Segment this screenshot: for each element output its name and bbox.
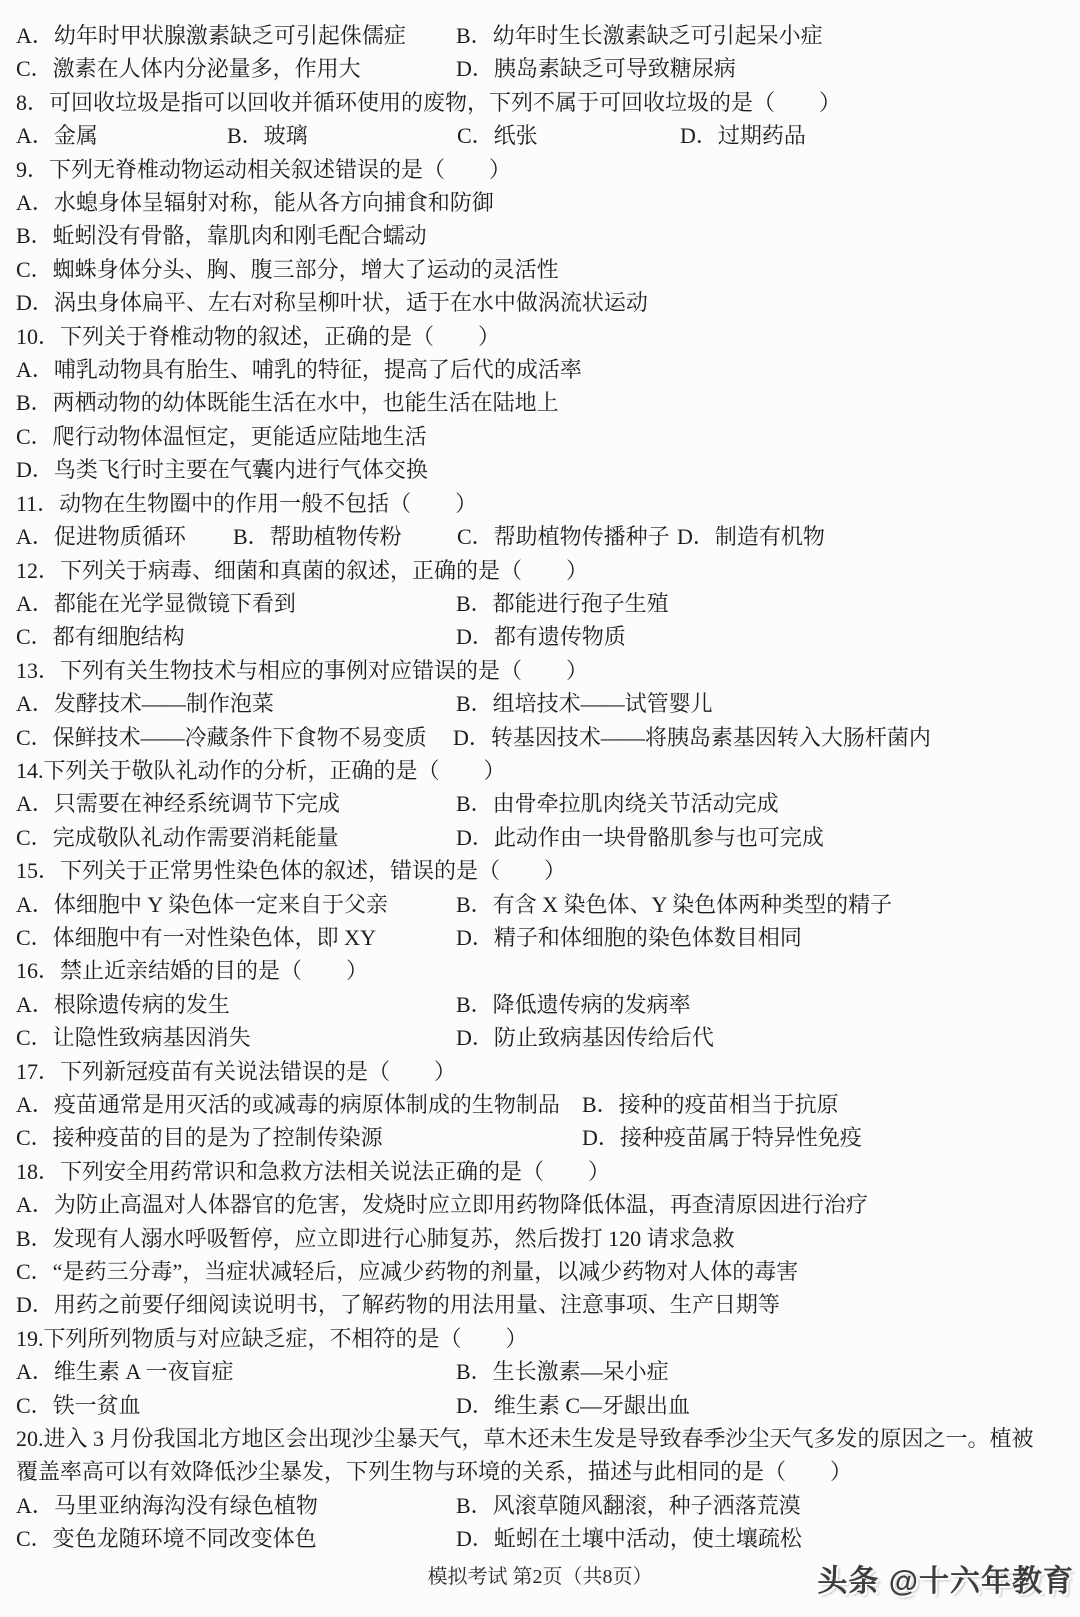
text-line: C．变色龙随环境不同改变体色D．蚯蚓在土壤中活动，使土壤疏松	[0, 1522, 1080, 1555]
text-line: 18．下列安全用药常识和急救方法相关说法正确的是（ ）	[0, 1155, 1080, 1188]
text-line: 8．可回收垃圾是指可以回收并循环使用的废物，下列不属于可回收垃圾的是（ ）	[0, 86, 1080, 119]
option-b: B．有含 X 染色体、Y 染色体两种类型的精子	[456, 888, 892, 921]
text-line: A．根除遗传病的发生B．降低遗传病的发病率	[0, 988, 1080, 1021]
text-line: A．水螅身体呈辐射对称，能从各方向捕食和防御	[0, 186, 1080, 219]
text-line: A．体细胞中 Y 染色体一定来自于父亲B．有含 X 染色体、Y 染色体两种类型的…	[0, 888, 1080, 921]
text-line: A．促进物质循环B．帮助植物传粉C．帮助植物传播种子D．制造有机物	[0, 520, 1080, 553]
option-a: A．维生素 A 一夜盲症	[16, 1355, 234, 1388]
question-stem: 8．可回收垃圾是指可以回收并循环使用的废物，下列不属于可回收垃圾的是（ ）	[16, 86, 841, 119]
option-d: D．涡虫身体扁平、左右对称呈柳叶状，适于在水中做涡流状运动	[16, 286, 648, 319]
text-line: 10．下列关于脊椎动物的叙述，正确的是（ ）	[0, 320, 1080, 353]
option-b: B．由骨牵拉肌肉绕关节活动完成	[456, 787, 779, 820]
watermark: 头条 @十六年教育	[817, 1556, 1074, 1600]
text-line: C．爬行动物体温恒定，更能适应陆地生活	[0, 420, 1080, 453]
option-b: B．生长激素—呆小症	[456, 1355, 669, 1388]
text-line: 19.下列所列物质与对应缺乏症，不相符的是（ ）	[0, 1322, 1080, 1355]
option-b: B．都能进行孢子生殖	[456, 587, 669, 620]
option-d: D．维生素 C—牙龈出血	[456, 1389, 690, 1422]
text-line: C．“是药三分毒”，当症状减轻后，应减少药物的剂量，以减少药物对人体的毒害	[0, 1255, 1080, 1288]
text-line: 覆盖率高可以有效降低沙尘暴发，下列生物与环境的关系，描述与此相同的是（ ）	[0, 1455, 1080, 1488]
option-b: B．帮助植物传粉	[233, 520, 402, 553]
text-line: C．都有细胞结构D．都有遗传物质	[0, 620, 1080, 653]
option-b: B．组培技术——试管婴儿	[456, 687, 713, 720]
option-c: C．蜘蛛身体分头、胸、腹三部分，增大了运动的灵活性	[16, 253, 559, 286]
question-stem: 19.下列所列物质与对应缺乏症，不相符的是（ ）	[16, 1322, 528, 1355]
question-stem: 13．下列有关生物技术与相应的事例对应错误的是（ ）	[16, 654, 588, 687]
option-c: C．纸张	[457, 119, 538, 152]
option-b: B．玻璃	[227, 119, 308, 152]
text-line: A．为防止高温对人体器官的危害，发烧时应立即用药物降低体温，再查清原因进行治疗	[0, 1188, 1080, 1221]
option-d: D．此动作由一块骨骼肌参与也可完成	[456, 821, 824, 854]
option-b: B．接种的疫苗相当于抗原	[582, 1088, 839, 1121]
option-a: A．都能在光学显微镜下看到	[16, 587, 296, 620]
text-line: A．只需要在神经系统调节下完成B．由骨牵拉肌肉绕关节活动完成	[0, 787, 1080, 820]
text-line: 16．禁止近亲结婚的目的是（ ）	[0, 954, 1080, 987]
option-d: D．精子和体细胞的染色体数目相同	[456, 921, 802, 954]
option-b: B．降低遗传病的发病率	[456, 988, 691, 1021]
question-stem: 15．下列关于正常男性染色体的叙述，错误的是（ ）	[16, 854, 566, 887]
option-a: A．体细胞中 Y 染色体一定来自于父亲	[16, 888, 388, 921]
question-stem: 17．下列新冠疫苗有关说法错误的是（ ）	[16, 1055, 456, 1088]
option-d: D．胰岛素缺乏可导致糖尿病	[456, 52, 736, 85]
option-a: A．为防止高温对人体器官的危害，发烧时应立即用药物降低体温，再查清原因进行治疗	[16, 1188, 868, 1221]
text-line: C．让隐性致病基因消失D．防止致病基因传给后代	[0, 1021, 1080, 1054]
text-line: 17．下列新冠疫苗有关说法错误的是（ ）	[0, 1055, 1080, 1088]
text-line: 11．动物在生物圈中的作用一般不包括（ ）	[0, 487, 1080, 520]
option-d: D．都有遗传物质	[456, 620, 626, 653]
option-a: A．马里亚纳海沟没有绿色植物	[16, 1489, 318, 1522]
question-stem: 18．下列安全用药常识和急救方法相关说法正确的是（ ）	[16, 1155, 610, 1188]
option-d: D．接种疫苗属于特异性免疫	[582, 1121, 862, 1154]
text-line: C．铁一贫血D．维生素 C—牙龈出血	[0, 1389, 1080, 1422]
option-c: C．铁一贫血	[16, 1389, 141, 1422]
text-line: D．用药之前要仔细阅读说明书，了解药物的用法用量、注意事项、生产日期等	[0, 1288, 1080, 1321]
text-line: A．哺乳动物具有胎生、哺乳的特征，提高了后代的成活率	[0, 353, 1080, 386]
question-stem-continued: 覆盖率高可以有效降低沙尘暴发，下列生物与环境的关系，描述与此相同的是（ ）	[16, 1455, 852, 1488]
option-b: B．两栖动物的幼体既能生活在水中，也能生活在陆地上	[16, 386, 559, 419]
option-c: C．保鲜技术——冷藏条件下食物不易变质	[16, 721, 427, 754]
text-line: D．鸟类飞行时主要在气囊内进行气体交换	[0, 453, 1080, 486]
text-line: A．马里亚纳海沟没有绿色植物B．风滚草随风翻滚，种子洒落荒漠	[0, 1489, 1080, 1522]
option-b: B．蚯蚓没有骨骼，靠肌肉和刚毛配合蠕动	[16, 219, 427, 252]
text-line: A．疫苗通常是用灭活的或减毒的病原体制成的生物制品B．接种的疫苗相当于抗原	[0, 1088, 1080, 1121]
option-a: A．只需要在神经系统调节下完成	[16, 787, 340, 820]
option-c: C．激素在人体内分泌量多，作用大	[16, 52, 361, 85]
option-d: D．鸟类飞行时主要在气囊内进行气体交换	[16, 453, 428, 486]
option-a: A．哺乳动物具有胎生、哺乳的特征，提高了后代的成活率	[16, 353, 582, 386]
text-line: C．蜘蛛身体分头、胸、腹三部分，增大了运动的灵活性	[0, 253, 1080, 286]
option-a: A．水螅身体呈辐射对称，能从各方向捕食和防御	[16, 186, 494, 219]
question-stem: 11．动物在生物圈中的作用一般不包括（ ）	[16, 487, 477, 520]
option-a: A．根除遗传病的发生	[16, 988, 230, 1021]
option-a: A．幼年时甲状腺激素缺乏可引起侏儒症	[16, 19, 406, 52]
question-stem: 16．禁止近亲结婚的目的是（ ）	[16, 954, 368, 987]
option-d: D．制造有机物	[677, 520, 825, 553]
question-stem: 14.下列关于敬队礼动作的分析，正确的是（ ）	[16, 754, 506, 787]
document-body: A．幼年时甲状腺激素缺乏可引起侏儒症B．幼年时生长激素缺乏可引起呆小症C．激素在…	[0, 19, 1080, 1556]
text-line: B．发现有人溺水呼吸暂停，应立即进行心肺复苏，然后拨打 120 请求急救	[0, 1222, 1080, 1255]
option-a: A．金属	[16, 119, 98, 152]
option-d: D．防止致病基因传给后代	[456, 1021, 714, 1054]
option-b: B．风滚草随风翻滚，种子洒落荒漠	[456, 1489, 801, 1522]
option-c: C．都有细胞结构	[16, 620, 185, 653]
question-stem: 12．下列关于病毒、细菌和真菌的叙述，正确的是（ ）	[16, 554, 588, 587]
text-line: 12．下列关于病毒、细菌和真菌的叙述，正确的是（ ）	[0, 554, 1080, 587]
option-a: A．疫苗通常是用灭活的或减毒的病原体制成的生物制品	[16, 1088, 560, 1121]
option-d: D．蚯蚓在土壤中活动，使土壤疏松	[456, 1522, 802, 1555]
option-a: A．发酵技术——制作泡菜	[16, 687, 274, 720]
option-d: D．过期药品	[680, 119, 806, 152]
text-line: A．发酵技术——制作泡菜B．组培技术——试管婴儿	[0, 687, 1080, 720]
text-line: C．完成敬队礼动作需要消耗能量D．此动作由一块骨骼肌参与也可完成	[0, 821, 1080, 854]
text-line: C．接种疫苗的目的是为了控制传染源D．接种疫苗属于特异性免疫	[0, 1121, 1080, 1154]
text-line: A．都能在光学显微镜下看到B．都能进行孢子生殖	[0, 587, 1080, 620]
text-line: C．保鲜技术——冷藏条件下食物不易变质D．转基因技术——将胰岛素基因转入大肠杆菌…	[0, 721, 1080, 754]
text-line: C．体细胞中有一对性染色体，即 XYD．精子和体细胞的染色体数目相同	[0, 921, 1080, 954]
option-c: C．“是药三分毒”，当症状减轻后，应减少药物的剂量，以减少药物对人体的毒害	[16, 1255, 798, 1288]
option-d: D．用药之前要仔细阅读说明书，了解药物的用法用量、注意事项、生产日期等	[16, 1288, 780, 1321]
option-c: C．帮助植物传播种子	[457, 520, 670, 553]
question-stem: 10．下列关于脊椎动物的叙述，正确的是（ ）	[16, 320, 500, 353]
text-line: C．激素在人体内分泌量多，作用大D．胰岛素缺乏可导致糖尿病	[0, 52, 1080, 85]
option-c: C．体细胞中有一对性染色体，即 XY	[16, 921, 376, 954]
question-stem: 9．下列无脊椎动物运动相关叙述错误的是（ ）	[16, 153, 511, 186]
text-line: 14.下列关于敬队礼动作的分析，正确的是（ ）	[0, 754, 1080, 787]
option-c: C．让隐性致病基因消失	[16, 1021, 251, 1054]
text-line: 9．下列无脊椎动物运动相关叙述错误的是（ ）	[0, 153, 1080, 186]
text-line: 15．下列关于正常男性染色体的叙述，错误的是（ ）	[0, 854, 1080, 887]
option-a: A．促进物质循环	[16, 520, 186, 553]
option-c: C．接种疫苗的目的是为了控制传染源	[16, 1121, 383, 1154]
option-d: D．转基因技术——将胰岛素基因转入大肠杆菌内	[453, 721, 931, 754]
text-line: D．涡虫身体扁平、左右对称呈柳叶状，适于在水中做涡流状运动	[0, 286, 1080, 319]
option-b: B．幼年时生长激素缺乏可引起呆小症	[456, 19, 823, 52]
text-line: 13．下列有关生物技术与相应的事例对应错误的是（ ）	[0, 654, 1080, 687]
text-line: B．蚯蚓没有骨骼，靠肌肉和刚毛配合蠕动	[0, 219, 1080, 252]
question-stem: 20.进入 3 月份我国北方地区会出现沙尘暴天气，草木还未生发是导致春季沙尘天气…	[16, 1422, 1034, 1455]
text-line: A．维生素 A 一夜盲症B．生长激素—呆小症	[0, 1355, 1080, 1388]
option-c: C．完成敬队礼动作需要消耗能量	[16, 821, 339, 854]
text-line: 20.进入 3 月份我国北方地区会出现沙尘暴天气，草木还未生发是导致春季沙尘天气…	[0, 1422, 1080, 1455]
option-c: C．变色龙随环境不同改变体色	[16, 1522, 317, 1555]
text-line: B．两栖动物的幼体既能生活在水中，也能生活在陆地上	[0, 386, 1080, 419]
text-line: A．幼年时甲状腺激素缺乏可引起侏儒症B．幼年时生长激素缺乏可引起呆小症	[0, 19, 1080, 52]
option-b: B．发现有人溺水呼吸暂停，应立即进行心肺复苏，然后拨打 120 请求急救	[16, 1222, 735, 1255]
text-line: A．金属B．玻璃C．纸张D．过期药品	[0, 119, 1080, 152]
option-c: C．爬行动物体温恒定，更能适应陆地生活	[16, 420, 427, 453]
